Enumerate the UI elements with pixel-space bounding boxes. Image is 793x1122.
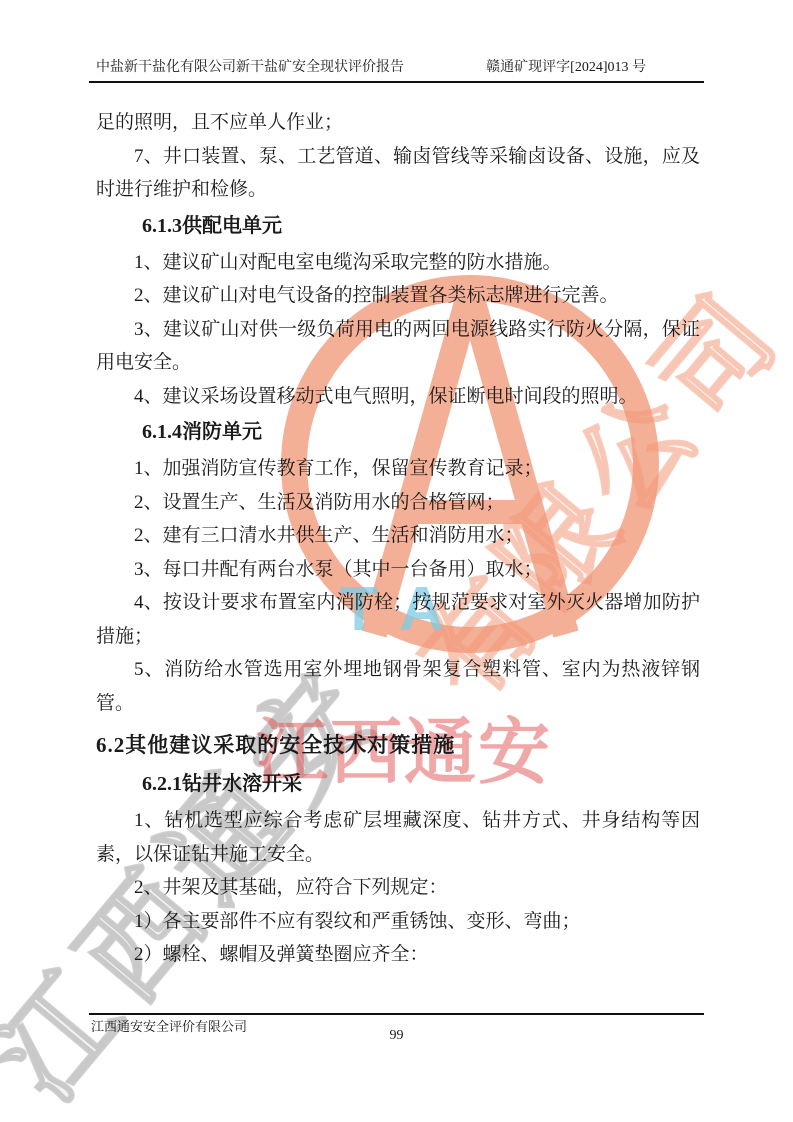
header-document-number: 赣通矿现评字[2024]013 号: [486, 56, 704, 76]
paragraph: 3、每口井配有两台水泵（其中一台备用）取水；: [96, 553, 700, 587]
content-layer: 中盐新干盐化有限公司新干盐矿安全现状评价报告 赣通矿现评字[2024]013 号…: [0, 0, 793, 1122]
paragraph: 4、建议采场设置移动式电气照明，保证断电时间段的照明。: [96, 380, 700, 414]
paragraph: 1、加强消防宣传教育工作，保留宣传教育记录；: [96, 452, 700, 486]
paragraph-continuation: 足的照明，且不应单人作业；: [96, 106, 700, 140]
footer-rule: [89, 1013, 704, 1015]
document-page: 江西通安 有限公司 TA 江西通安 中盐新干盐化有限公司新干盐矿安全现状评价报告…: [0, 0, 793, 1122]
paragraph: 4、按设计要求布置室内消防栓；按规范要求对室外灭火器增加防护措施；: [96, 586, 700, 653]
paragraph: 2、设置生产、生活及消防用水的合格管网；: [96, 486, 700, 520]
header-report-title: 中盐新干盐化有限公司新干盐矿安全现状评价报告: [89, 56, 404, 76]
paragraph: 3、建议矿山对供一级负荷用电的两回电源线路实行防火分隔，保证用电安全。: [96, 313, 700, 380]
section-heading: 6.2其他建议采取的安全技术对策措施: [96, 728, 700, 762]
page-header: 中盐新干盐化有限公司新干盐矿安全现状评价报告 赣通矿现评字[2024]013 号: [89, 56, 704, 83]
paragraph: 2、建议矿山对电气设备的控制装置各类标志牌进行完善。: [96, 279, 700, 313]
paragraph: 2、建有三口清水井供生产、生活和消防用水；: [96, 519, 700, 553]
subsection-heading: 6.1.4消防单元: [142, 416, 700, 449]
paragraph: 2）螺栓、螺帽及弹簧垫圈应齐全：: [96, 938, 700, 972]
paragraph: 2、井架及其基础，应符合下列规定：: [96, 871, 700, 905]
subsection-heading: 6.1.3供配电单元: [142, 210, 700, 243]
paragraph: 1）各主要部件不应有裂纹和严重锈蚀、变形、弯曲；: [96, 905, 700, 939]
paragraph: 1、建议矿山对配电室电缆沟采取完整的防水措施。: [96, 246, 700, 280]
subsection-heading: 6.2.1钻井水溶开采: [142, 768, 700, 801]
paragraph: 1、钻机选型应综合考虑矿层埋藏深度、钻井方式、井身结构等因素，以保证钻井施工安全…: [96, 804, 700, 871]
paragraph: 5、消防给水管选用室外埋地钢骨架复合塑料管、室内为热液锌钢管。: [96, 653, 700, 720]
page-number: 99: [0, 1028, 793, 1044]
paragraph: 7、井口装置、泵、工艺管道、输卤管线等采输卤设备、设施，应及时进行维护和检修。: [96, 140, 700, 207]
document-body: 足的照明，且不应单人作业；7、井口装置、泵、工艺管道、输卤管线等采输卤设备、设施…: [96, 106, 700, 972]
